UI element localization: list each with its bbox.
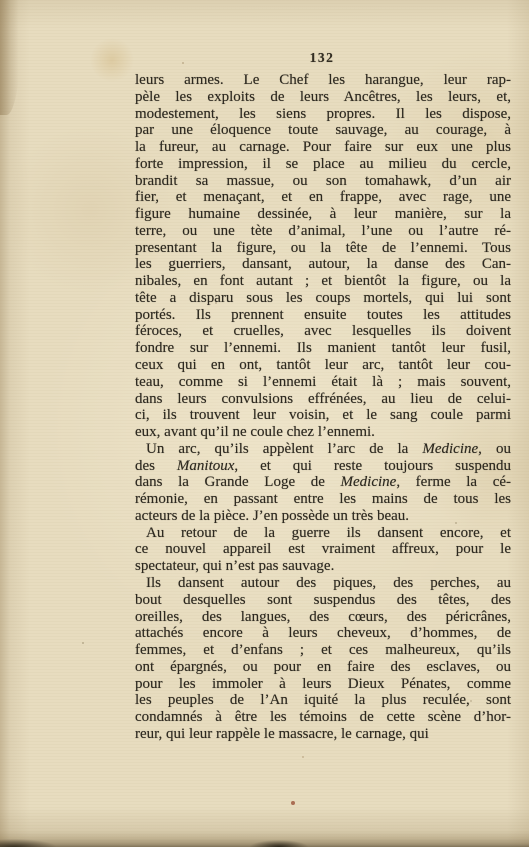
text-line: par une éloquence toute sauvage, au cour… [135, 122, 511, 139]
text-line: féroces, et cruelles, avec lesquelles il… [135, 323, 511, 340]
text-line: ci, ils trouvent leur voisin, et le sang… [135, 407, 511, 424]
text-line: ce nouvel appareil est vraiment affreux,… [135, 541, 511, 558]
text-line: leurs armes. Le Chef les harangue, leur … [135, 72, 511, 89]
text-line: forte impression, il se place au milieu … [135, 156, 511, 173]
page-text-block: leurs armes. Le Chef les harangue, leur … [135, 72, 511, 743]
text-line: reur, qui leur rappèle le massacre, le c… [135, 726, 511, 743]
text-line: presentant la figure, ou la tête de l’en… [135, 240, 511, 257]
text-line: pour les immoler à leurs Dieux Pénates, … [135, 676, 511, 693]
text-line: Ils dansent autour des piques, des perch… [135, 575, 511, 592]
text-line: Un arc, qu’ils appèlent l’arc de la Medi… [135, 441, 511, 458]
paper-corner-wear [0, 0, 22, 115]
text-line: nibales, en font autant ; et bientôt la … [135, 273, 511, 290]
text-line: dans leurs convulsions effrénées, au lie… [135, 391, 511, 408]
text-line: fondre sur l’ennemi. Ils manient tantôt … [135, 340, 511, 357]
text-line: attachés encore à leurs cheveux, d’homme… [135, 625, 511, 642]
text-line: eux, avant qu’il ne coule chez l’ennemi. [135, 424, 511, 441]
text-line: brandit sa massue, ou son tomahawk, d’un… [135, 173, 511, 190]
foxing-spot [291, 801, 295, 805]
text-line: modestement, les siens propres. Il les d… [135, 106, 511, 123]
scanned-book-page: 132 leurs armes. Le Chef les harangue, l… [0, 0, 529, 847]
text-line: oreilles, des langues, des cœurs, des pé… [135, 609, 511, 626]
text-line: teau, comme si l’ennemi était là ; mais … [135, 374, 511, 391]
foxing-specks [0, 0, 2, 2]
text-line: condamnés à être les témoins de cette sc… [135, 709, 511, 726]
text-line: figure humaine dessinée, à leur manière,… [135, 206, 511, 223]
text-line: bout desquelles sont suspendus des têtes… [135, 592, 511, 609]
text-line: portés. Ils prennent ensuite toutes les … [135, 307, 511, 324]
text-line: terre, ou une tète d’animal, l’une ou l’… [135, 223, 511, 240]
text-line: pèle les exploits de leurs Ancêtres, les… [135, 89, 511, 106]
text-line: femmes, et d’enfans ; et ces malheureux,… [135, 642, 511, 659]
text-line: Au retour de la guerre ils dansent encor… [135, 525, 511, 542]
page-number: 132 [292, 50, 352, 66]
text-line: tête a disparu sous les coups mortels, q… [135, 290, 511, 307]
text-line: ont épargnés, ou pour en faire des escla… [135, 659, 511, 676]
text-line: spectateur, qui n’est pas sauvage. [135, 558, 511, 575]
text-line: ceux qui en ont, tantôt leur arc, tantôt… [135, 357, 511, 374]
bottom-edge-shadow-left [0, 839, 56, 847]
text-line: fier, et menaçant, et en frappe, avec ra… [135, 189, 511, 206]
text-line: les guerriers, dansant, autour, la danse… [135, 256, 511, 273]
text-line: dans la Grande Loge de Medicine, ferme l… [135, 474, 511, 491]
text-line: acteurs de la pièce. J’en possède un trè… [135, 508, 511, 525]
text-line: la fureur, au carnage. Pour faire sur eu… [135, 139, 511, 156]
text-line: les peuples de l’An iquité la plus recul… [135, 692, 511, 709]
text-line: des Manitoux, et qui reste toujours susp… [135, 458, 511, 475]
text-line: rémonie, en passant entre les mains de t… [135, 491, 511, 508]
bottom-edge-shadow-center [250, 840, 308, 847]
